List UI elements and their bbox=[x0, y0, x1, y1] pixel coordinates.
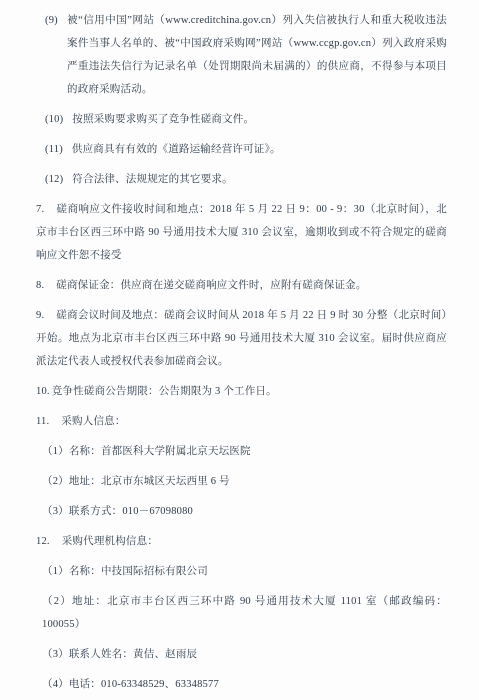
section-7-text: 磋商响应文件接收时间和地点：2018 年 5 月 22 日 9：00 - 9：3… bbox=[36, 204, 447, 261]
agency-address-marker: （2） bbox=[42, 596, 72, 607]
clause-10: (10)按照采购要求购买了竞争性磋商文件。 bbox=[67, 108, 447, 131]
agency-contact-names-marker: （3） bbox=[42, 649, 69, 660]
agency-contact-names: （3）联系人姓名：黄佶、赵雨辰 bbox=[42, 643, 447, 666]
purchaser-contact: （3）联系方式：010－67098080 bbox=[42, 500, 447, 523]
section-10: 10.竞争性磋商公告期限：公告期限为 3 个工作日。 bbox=[36, 380, 447, 403]
purchaser-address-marker: （2） bbox=[42, 476, 69, 487]
section-7-marker: 7. bbox=[36, 204, 44, 215]
section-12-text: 采购代理机构信息： bbox=[62, 536, 158, 547]
section-8: 8.磋商保证金：供应商在递交磋商响应文件时，应附有磋商保证金。 bbox=[36, 274, 447, 297]
clause-11-text: 供应商具有有效的《道路运输经营许可证》。 bbox=[72, 144, 281, 155]
purchaser-address-text: 地址：北京市东城区天坛西里 6 号 bbox=[69, 476, 230, 487]
purchaser-name: （1）名称：首都医科大学附属北京天坛医院 bbox=[42, 440, 447, 463]
agency-address-text: 地址：北京市丰台区西三环中路 90 号通用技术大厦 1101 室（邮政编码：10… bbox=[42, 596, 447, 630]
agency-name: （1）名称：中技国际招标有限公司 bbox=[42, 560, 447, 583]
clause-12-marker: (12) bbox=[45, 174, 63, 185]
section-9-text: 磋商会议时间及地点：磋商会议时间从 2018 年 5 月 22 日 9 时 30… bbox=[36, 310, 447, 367]
section-12-marker: 12. bbox=[36, 536, 50, 547]
purchaser-name-text: 名称：首都医科大学附属北京天坛医院 bbox=[69, 446, 251, 457]
section-11-marker: 11. bbox=[36, 416, 49, 427]
clause-12-text: 符合法律、法规规定的其它要求。 bbox=[72, 174, 233, 185]
clause-11: (11)供应商具有有效的《道路运输经营许可证》。 bbox=[67, 138, 447, 161]
agency-phone-marker: （4） bbox=[42, 679, 69, 690]
agency-address: （2）地址：北京市丰台区西三环中路 90 号通用技术大厦 1101 室（邮政编码… bbox=[42, 590, 447, 636]
clause-11-marker: (11) bbox=[45, 144, 63, 155]
section-11: 11.采购人信息： bbox=[36, 410, 447, 433]
clause-9-marker: (9) bbox=[45, 15, 58, 26]
agency-phone: （4）电话：010-63348529、63348577 bbox=[42, 673, 447, 696]
section-10-marker: 10. bbox=[36, 386, 50, 397]
clause-9: (9)被“信用中国”网站（www.creditchina.gov.cn）列入失信… bbox=[67, 9, 447, 101]
agency-contact-names-text: 联系人姓名：黄佶、赵雨辰 bbox=[69, 649, 197, 660]
section-8-text: 磋商保证金：供应商在递交磋商响应文件时，应附有磋商保证金。 bbox=[56, 280, 366, 291]
clause-9-text: 被“信用中国”网站（www.creditchina.gov.cn）列入失信被执行… bbox=[67, 15, 447, 95]
clause-10-text: 按照采购要求购买了竞争性磋商文件。 bbox=[72, 114, 254, 125]
document-page: (9)被“信用中国”网站（www.creditchina.gov.cn）列入失信… bbox=[0, 0, 479, 700]
purchaser-address: （2）地址：北京市东城区天坛西里 6 号 bbox=[42, 470, 447, 493]
section-9-marker: 9. bbox=[36, 310, 44, 321]
purchaser-name-marker: （1） bbox=[42, 446, 69, 457]
section-8-marker: 8. bbox=[36, 280, 44, 291]
clause-12: (12)符合法律、法规规定的其它要求。 bbox=[67, 168, 447, 191]
agency-name-marker: （1） bbox=[42, 566, 69, 577]
clause-10-marker: (10) bbox=[45, 114, 63, 125]
section-10-text: 竞争性磋商公告期限：公告期限为 3 个工作日。 bbox=[52, 386, 277, 397]
purchaser-contact-marker: （3） bbox=[42, 506, 69, 517]
section-7: 7.磋商响应文件接收时间和地点：2018 年 5 月 22 日 9：00 - 9… bbox=[36, 198, 447, 267]
agency-phone-text: 电话：010-63348529、63348577 bbox=[69, 679, 219, 690]
section-9: 9.磋商会议时间及地点：磋商会议时间从 2018 年 5 月 22 日 9 时 … bbox=[36, 304, 447, 373]
purchaser-contact-text: 联系方式：010－67098080 bbox=[69, 506, 193, 517]
section-11-text: 采购人信息： bbox=[61, 416, 125, 427]
agency-name-text: 名称：中技国际招标有限公司 bbox=[69, 566, 208, 577]
section-12: 12.采购代理机构信息： bbox=[36, 530, 447, 553]
